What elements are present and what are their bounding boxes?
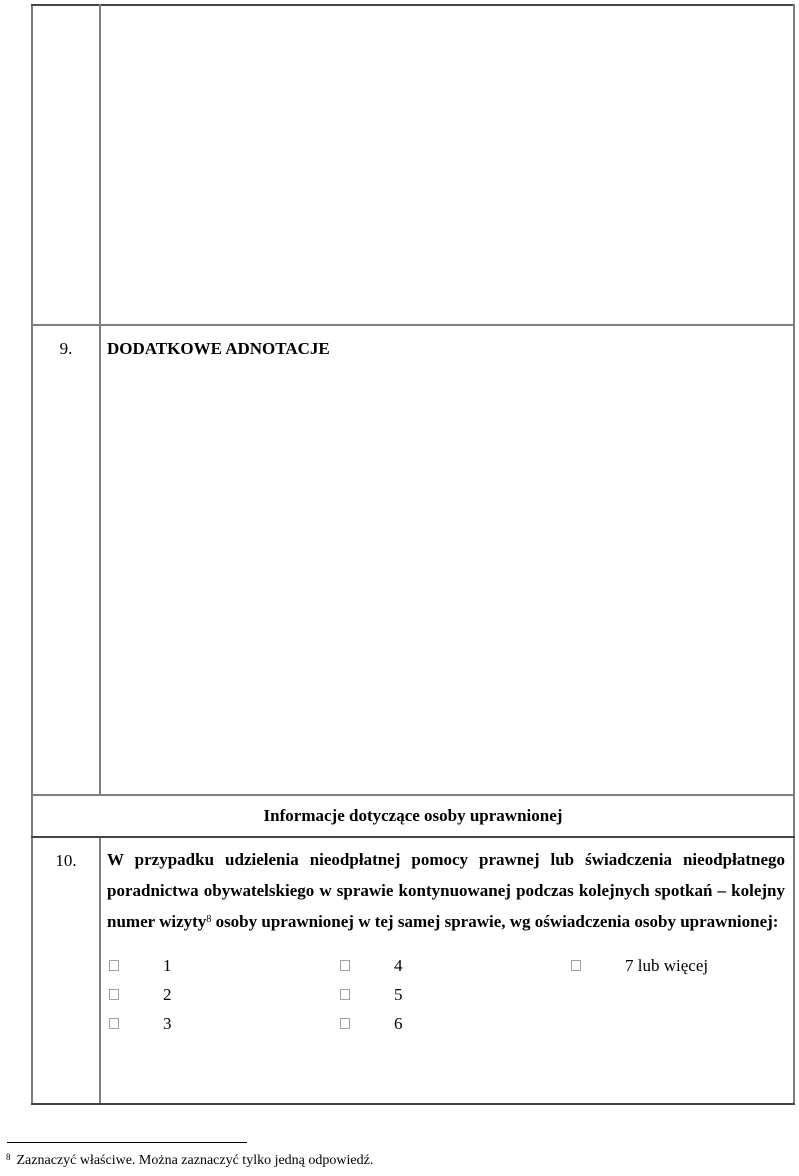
footnote-ref: 8 <box>206 914 211 925</box>
section-title: Informacje dotyczące osoby uprawnionej <box>32 795 794 837</box>
table-row: 10. W przypadku udzielenia nieodpłatnej … <box>32 837 794 1104</box>
option-visit-8[interactable]: 6 <box>338 1011 569 1036</box>
visit-number-options: 147 lub więcej2536 <box>107 953 785 1036</box>
table-row <box>32 5 794 325</box>
checkbox-icon[interactable] <box>109 989 119 1000</box>
form-table: 9. DODATKOWE ADNOTACJE Informacje dotycz… <box>31 4 795 1105</box>
option-label: 4 <box>394 956 403 976</box>
additional-notes-cell[interactable]: DODATKOWE ADNOTACJE <box>100 325 794 795</box>
footnote-marker: 8 <box>6 1152 11 1162</box>
option-visit-2[interactable]: 4 <box>338 953 569 978</box>
footnote-divider <box>7 1142 247 1143</box>
footnote: 8Zaznaczyć właściwe. Można zaznaczyć tyl… <box>6 1153 373 1169</box>
option-label: 3 <box>163 1014 172 1034</box>
footnote-text: Zaznaczyć właściwe. Można zaznaczyć tylk… <box>17 1153 374 1168</box>
section-heading: DODATKOWE ADNOTACJE <box>107 339 330 358</box>
option-visit-4[interactable]: 2 <box>107 982 338 1007</box>
empty-slot <box>569 982 769 1007</box>
checkbox-icon[interactable] <box>109 960 119 971</box>
table-row: 9. DODATKOWE ADNOTACJE <box>32 325 794 795</box>
checkbox-icon[interactable] <box>571 960 581 971</box>
checkbox-icon[interactable] <box>340 989 350 1000</box>
row-number-cell <box>32 5 100 325</box>
question-part2: osoby uprawnionej w tej samej sprawie, w… <box>211 912 778 931</box>
row-number: 10. <box>32 837 100 1104</box>
question-cell: W przypadku udzielenia nieodpłatnej pomo… <box>100 837 794 1104</box>
checkbox-icon[interactable] <box>340 960 350 971</box>
checkbox-icon[interactable] <box>109 1018 119 1029</box>
option-visit-1[interactable]: 1 <box>107 953 338 978</box>
question-text: W przypadku udzielenia nieodpłatnej pomo… <box>107 844 785 937</box>
blank-content-cell[interactable] <box>100 5 794 325</box>
option-label: 6 <box>394 1014 403 1034</box>
checkbox-icon[interactable] <box>340 1018 350 1029</box>
option-visit-5[interactable]: 5 <box>338 982 569 1007</box>
option-label: 1 <box>163 956 172 976</box>
option-visit-3[interactable]: 7 lub więcej <box>569 953 769 978</box>
option-label: 5 <box>394 985 403 1005</box>
row-number: 9. <box>32 325 100 795</box>
option-label: 2 <box>163 985 172 1005</box>
option-visit-7[interactable]: 3 <box>107 1011 338 1036</box>
option-label: 7 lub więcej <box>625 956 708 976</box>
table-row: Informacje dotyczące osoby uprawnionej <box>32 795 794 837</box>
